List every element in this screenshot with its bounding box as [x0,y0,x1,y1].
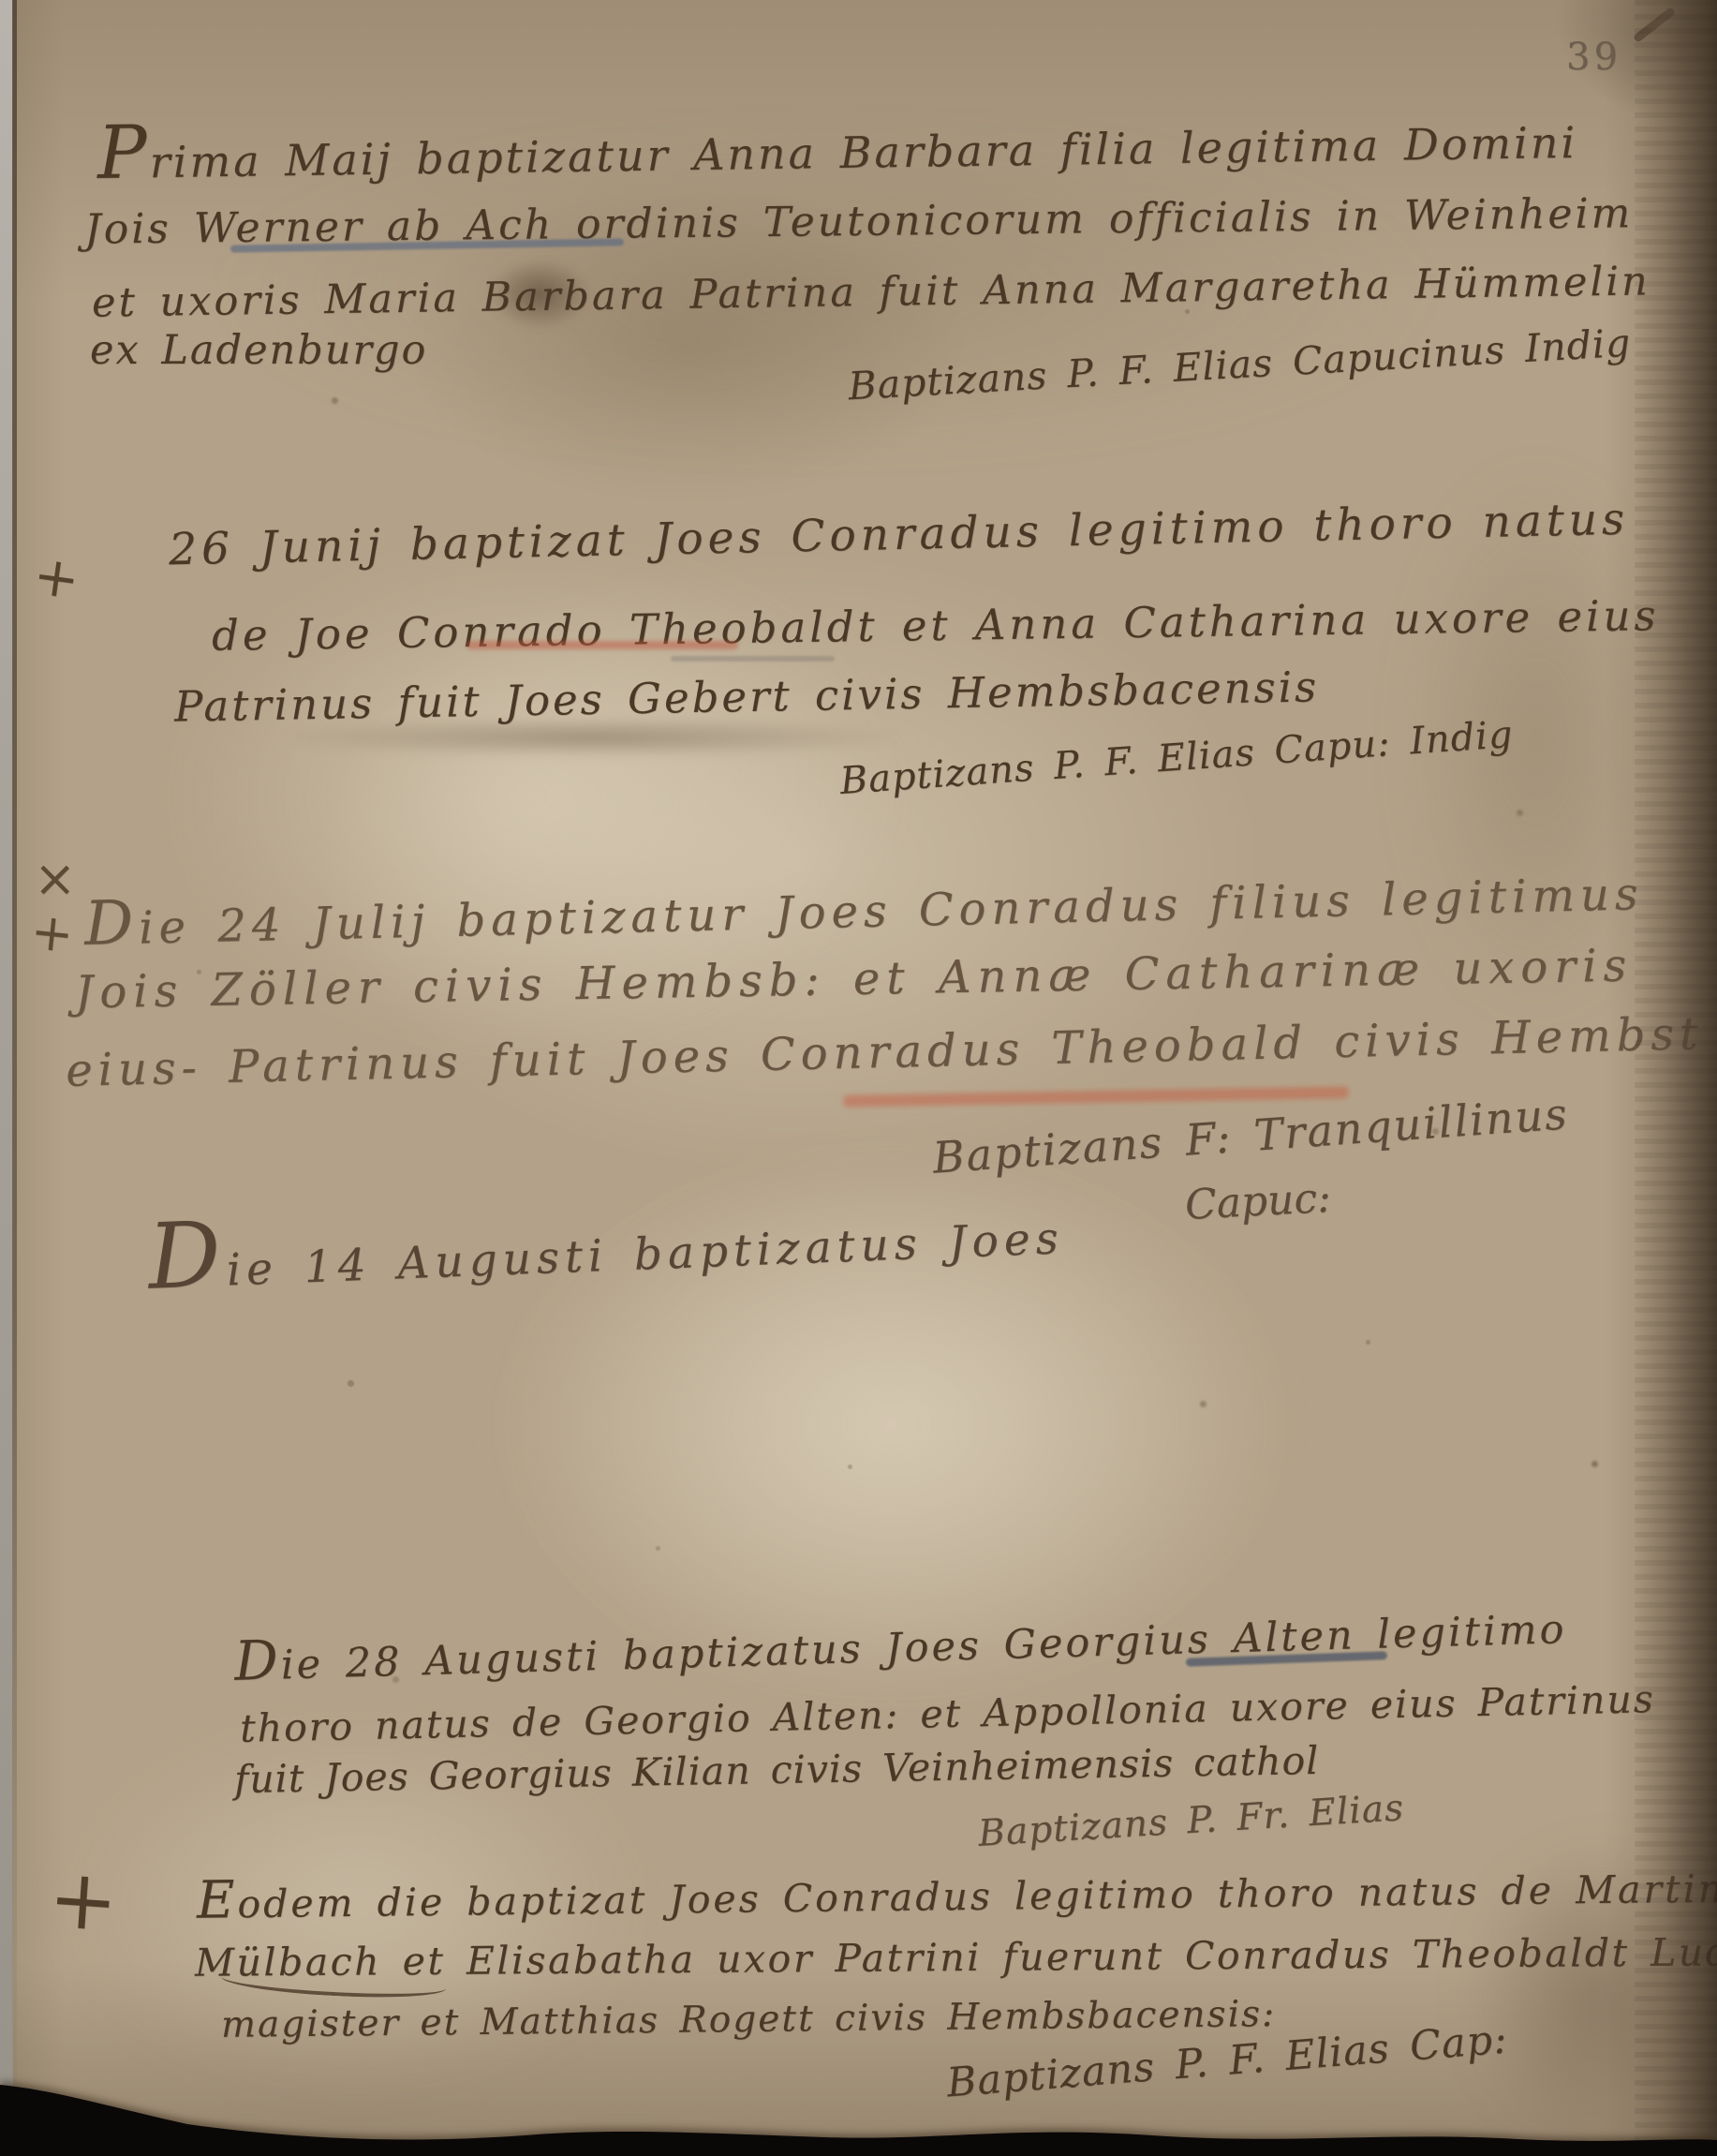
margin-x-icon: × [34,849,76,908]
record-5-line-1: Die 28 Augusti baptizatus Joes Georgius … [234,1602,1567,1688]
record-3-baptizans-order: Capuc: [1184,1177,1332,1227]
grey-smudge-underline [671,656,835,662]
record-2-baptizans-note: Baptizans P. F. Elias Capu: Indig [838,715,1514,801]
record-3-line-2: Jois Zöller civis Hembsb: et Annæ Cathar… [75,942,1634,1016]
page-bottom-shadow [0,2072,1717,2156]
record-1-line-3: et uxoris Maria Barbara Patrina fuit Ann… [92,260,1650,324]
red-pencil-underline-theobald [843,1086,1349,1107]
page-number: 39 [1566,37,1621,77]
record-2-line-2: de Joe Conrado Theobaldt et Anna Cathari… [212,593,1660,658]
record-3-baptizans-note: Baptizans F: Tranquillinus [931,1091,1570,1181]
record-1-line-2: Jois Werner ab Ach ordinis Teutonicorum … [84,192,1634,251]
record-1-line-1: Prima Maij baptizatur Anna Barbara filia… [97,106,1578,186]
record-4-line-1: Die 14 Augusti baptizatus Joes [147,1191,1065,1297]
record-5-line-3: fuit Joes Georgius Kilian civis Veinheim… [234,1741,1320,1800]
margin-cross-icon: + [45,1850,121,1951]
record-2-line-1: 26 Junij baptizat Joes Conradus legitimo… [169,497,1630,573]
page-fold-crease [12,0,17,2156]
record-5-baptizans-note: Baptizans P. Fr. Elias [977,1790,1405,1854]
paper-specks [0,0,5,5]
record-6-line-1: Eodem die baptizat Joes Conradus legitim… [197,1864,1717,1925]
record-3-line-1: Die 24 Julij baptizatur Joes Conradus fi… [84,865,1644,953]
record-6-line-2: Mülbach et Elisabatha uxor Patrini fueru… [195,1932,1717,1984]
record-6-line-3: magister et Matthias Rogett civis Hembsb… [221,1996,1277,2045]
pen-stroke [1633,7,1677,43]
record-2-line-3: Patrinus fuit Joes Gebert civis Hembsbac… [174,664,1320,729]
manuscript-page: 39 Prima Maij baptizatur Anna Barbara fi… [0,0,1717,2156]
record-1-baptizans-note: Baptizans P. F. Elias Capucinus Indig [847,323,1632,408]
margin-cross-icon: + [28,901,77,964]
record-1-line-4: ex Ladenburgo [90,330,427,372]
scanner-margin [0,0,13,2156]
margin-cross-icon: + [30,543,84,612]
page-edge-shadow [1635,0,1717,2156]
record-3-line-3: eius- Patrinus fuit Joes Conradus Theoba… [66,1010,1704,1094]
record-5-line-2: thoro natus de Georgio Alten: et Appollo… [240,1679,1656,1749]
